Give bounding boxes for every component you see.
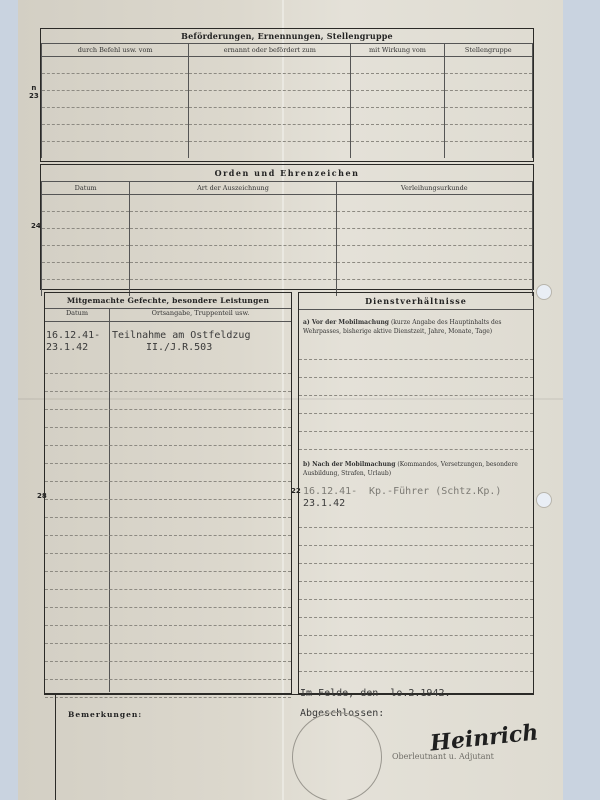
entry-unit: II./J.R.503 bbox=[112, 342, 291, 354]
table-row bbox=[42, 263, 533, 280]
col-header: Stellengruppe bbox=[444, 44, 532, 57]
remarks-left-border bbox=[55, 694, 56, 800]
place-date: Im Felde, den lo.2.1942. bbox=[300, 688, 451, 700]
entry-date-to: 23.1.42 bbox=[46, 342, 112, 354]
battles-title: Mitgemachte Gefechte, besondere Leistung… bbox=[45, 293, 291, 309]
table-row bbox=[42, 125, 533, 142]
remarks-divider bbox=[44, 694, 534, 695]
battles-header: Datum Ortsangabe, Truppenteil usw. bbox=[45, 309, 291, 322]
col-header: Datum bbox=[42, 182, 130, 195]
decorations-section: Orden und Ehrenzeichen Datum Art der Aus… bbox=[40, 164, 534, 290]
decorations-title: Orden und Ehrenzeichen bbox=[41, 165, 533, 182]
official-stamp bbox=[292, 712, 382, 800]
entry-description: Teilnahme am Ostfeldzug bbox=[112, 330, 291, 342]
service-part-a: a) Vor der Mobilmachung (kurze Angabe de… bbox=[299, 310, 533, 336]
service-section: Dienstverhältnisse a) Vor der Mobilmachu… bbox=[298, 292, 534, 694]
entry-date-from: 16.12.41- bbox=[46, 330, 112, 342]
service-entry: 16.12.41- Kp.-Führer (Schtz.Kp.) 23.1.42 bbox=[299, 478, 533, 510]
punch-hole-bottom bbox=[536, 492, 552, 508]
entry-date-to: 23.1.42 bbox=[303, 498, 529, 510]
table-row bbox=[42, 246, 533, 263]
part-b-label: b) Nach der Mobilmachung bbox=[303, 461, 395, 468]
col-header: Datum bbox=[45, 309, 110, 321]
table-row bbox=[42, 195, 533, 212]
col-header: mit Wirkung vom bbox=[351, 44, 444, 57]
table-row bbox=[42, 57, 533, 74]
punch-hole-top bbox=[536, 284, 552, 300]
col-header: durch Befehl usw. vom bbox=[42, 44, 189, 57]
service-title: Dienstverhältnisse bbox=[299, 293, 533, 310]
promotions-title: Beförderungen, Ernennungen, Stellengrupp… bbox=[41, 29, 533, 44]
table-row bbox=[42, 108, 533, 125]
table-row bbox=[42, 142, 533, 159]
col-header: ernannt oder befördert zum bbox=[189, 44, 351, 57]
service-b-lines bbox=[299, 510, 533, 672]
table-row bbox=[42, 229, 533, 246]
battles-ruled-lines bbox=[45, 356, 291, 698]
entry-date-from: 16.12.41- bbox=[303, 486, 369, 498]
battles-body: 16.12.41- 23.1.42 Teilnahme am Ostfeldzu… bbox=[45, 322, 291, 692]
table-row bbox=[42, 91, 533, 108]
table-row bbox=[42, 74, 533, 91]
entry-position: Kp.-Führer (Schtz.Kp.) bbox=[369, 486, 501, 498]
col-header: Ortsangabe, Truppenteil usw. bbox=[110, 309, 291, 321]
remarks-label: Bemerkungen: bbox=[68, 710, 142, 719]
col-header: Verleihungsurkunde bbox=[336, 182, 532, 195]
signer-title: Oberleutnant u. Adjutant bbox=[392, 752, 494, 761]
battle-entry: 16.12.41- 23.1.42 Teilnahme am Ostfeldzu… bbox=[45, 330, 291, 354]
service-part-b: b) Nach der Mobilmachung (Kommandos, Ver… bbox=[299, 450, 533, 478]
battles-section: Mitgemachte Gefechte, besondere Leistung… bbox=[44, 292, 292, 694]
col-header: Art der Auszeichnung bbox=[130, 182, 336, 195]
decorations-table: Datum Art der Auszeichnung Verleihungsur… bbox=[41, 182, 533, 296]
side-number-23: n 23 bbox=[29, 84, 39, 100]
promotions-table: durch Befehl usw. vom ernannt oder beför… bbox=[41, 44, 533, 158]
service-a-lines bbox=[299, 342, 533, 450]
promotions-section: Beförderungen, Ernennungen, Stellengrupp… bbox=[40, 28, 534, 162]
part-a-label: a) Vor der Mobilmachung bbox=[303, 319, 389, 326]
table-row bbox=[42, 212, 533, 229]
